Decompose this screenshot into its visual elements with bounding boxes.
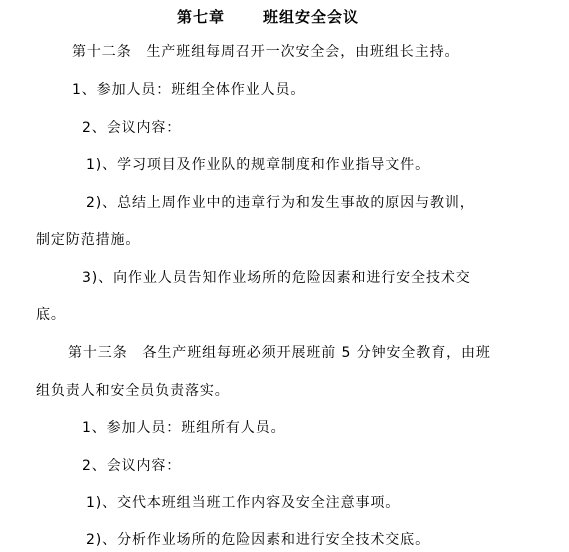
article-13: 第十三条 各生产班组每班必须开展班前 5 分钟安全教育，由班 <box>68 344 491 362</box>
article-13-item-2: 2、会议内容： <box>82 457 181 475</box>
article-12-item-2: 2、会议内容： <box>82 119 181 137</box>
chapter-title: 班组安全会议 <box>263 8 359 26</box>
article-13-item-1: 1、参加人员：班组所有人员。 <box>82 419 286 437</box>
chapter-heading: 第七章班组安全会议 <box>177 8 359 26</box>
article-12-subitem-1: 1)、学习项目及作业队的规章制度和作业指导文件。 <box>86 156 430 174</box>
article-12-subitem-3: 3)、向作业人员告知作业场所的危险因素和进行安全技术交 <box>82 269 471 287</box>
article-13-cont: 组负责人和安全员负责落实。 <box>36 382 230 400</box>
article-13-subitem-1: 1)、交代本班组当班工作内容及安全注意事项。 <box>86 494 400 512</box>
article-12: 第十二条 生产班组每周召开一次安全会，由班组长主持。 <box>72 43 459 61</box>
article-12-subitem-2-cont: 制定防范措施。 <box>36 231 140 249</box>
chapter-number: 第七章 <box>177 8 225 26</box>
article-12-subitem-3-cont: 底。 <box>36 306 66 324</box>
article-12-item-1: 1、参加人员：班组全体作业人员。 <box>72 81 305 99</box>
article-12-subitem-2: 2)、总结上周作业中的违章行为和发生事故的原因与教训， <box>86 194 475 212</box>
article-13-subitem-2: 2)、分析作业场所的危险因素和进行安全技术交底。 <box>86 531 430 549</box>
